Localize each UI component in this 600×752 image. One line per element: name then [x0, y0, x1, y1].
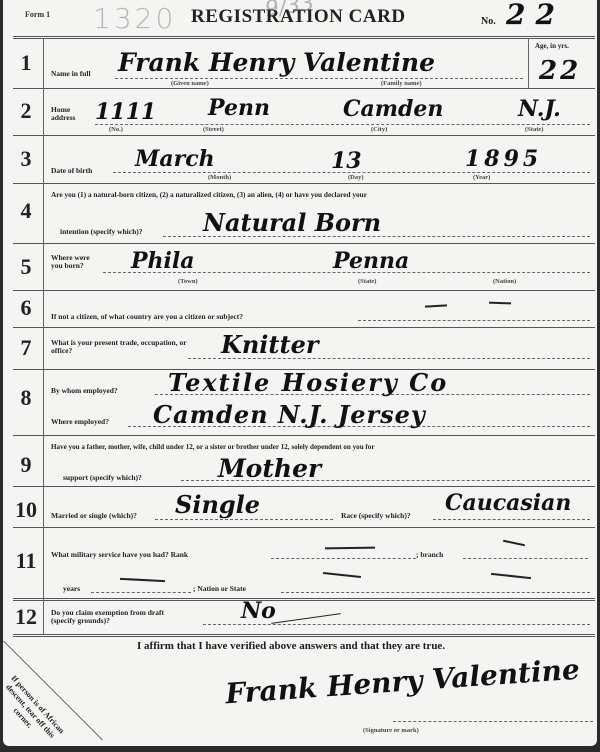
citizenship-question: Are you (1) a natural-born citizen, (2) …	[51, 191, 591, 199]
row-number-6: 6	[11, 295, 41, 321]
military-nation-line	[281, 592, 590, 593]
race-label: Race (specify which)?	[341, 512, 411, 520]
military-branch-label: ; branch	[416, 551, 443, 559]
race-line	[433, 519, 590, 520]
rule-5	[13, 290, 595, 291]
employer-label: By whom employed?	[51, 387, 118, 395]
row-number-1: 1	[11, 50, 41, 76]
marital-status-value: Single	[175, 490, 260, 519]
signature-line	[393, 721, 593, 722]
birthplace-state-value: Penna	[333, 248, 409, 274]
rule-3	[13, 183, 595, 184]
military-years-line	[91, 592, 191, 593]
citizenship-label: intention (specify which)?	[60, 228, 143, 236]
rule-10	[13, 527, 595, 528]
row-number-8: 8	[11, 385, 41, 411]
caption-family-name: (Family name)	[381, 80, 422, 87]
name-line	[115, 78, 523, 79]
military-rank-line	[271, 558, 416, 559]
signature-caption: (Signature or mark)	[363, 727, 419, 734]
birthplace-town-value: Phila	[131, 248, 195, 274]
row-number-11: 11	[11, 548, 41, 574]
rule-12	[13, 634, 595, 637]
marital-status-line	[155, 519, 333, 520]
caption-state: (State)	[358, 278, 376, 285]
foreign-citizenship-dash-1	[425, 304, 447, 307]
caption-year: (Year)	[473, 174, 490, 181]
rule-4	[13, 243, 595, 244]
military-nation-label: ; Nation or State	[193, 585, 246, 593]
military-nation-dash-2	[491, 573, 531, 579]
rule-top	[13, 36, 595, 39]
row-number-9: 9	[11, 452, 41, 478]
caption-nation: (Nation)	[493, 278, 516, 285]
birthplace-label: Where were you born?	[51, 254, 91, 270]
age-value: 22	[539, 56, 581, 86]
rule-2	[13, 135, 595, 136]
caption-no: (No.)	[109, 126, 123, 133]
military-branch-dash	[503, 540, 525, 547]
military-years-dash	[120, 578, 165, 582]
military-years-label: years	[63, 585, 80, 593]
dob-year-value: 1895	[465, 146, 542, 172]
occupation-value: Knitter	[221, 330, 319, 359]
dependents-question: Have you a father, mother, wife, child u…	[51, 443, 591, 451]
rule-8	[13, 435, 595, 436]
tear-off-corner-note: If person is of African descent, tear of…	[3, 668, 71, 746]
address-state-value: N.J.	[518, 96, 561, 122]
military-rank-dash	[325, 547, 375, 550]
address-no-value: 1111	[95, 99, 156, 125]
exemption-stroke	[271, 613, 340, 624]
dob-day-value: 13	[331, 148, 362, 174]
exemption-line	[203, 624, 590, 625]
address-line	[95, 124, 590, 125]
home-address-label: Home address	[51, 106, 91, 122]
employer-value: Textile Hosiery Co	[168, 368, 448, 397]
foreign-citizenship-label: If not a citizen, of what country are yo…	[51, 313, 243, 321]
name-label: Name in full	[51, 70, 91, 78]
form-label: Form 1	[25, 10, 50, 19]
name-value: Frank Henry Valentine	[118, 48, 435, 77]
address-street-value: Penn	[208, 95, 270, 121]
card-number-label: No.	[481, 16, 496, 27]
occupation-label: What is your present trade, occupation, …	[51, 339, 191, 355]
row-number-2: 2	[11, 98, 41, 124]
rule-6	[13, 327, 595, 328]
caption-town: (Town)	[178, 278, 198, 285]
number-column-divider	[43, 38, 44, 634]
dependents-value: Mother	[218, 454, 321, 483]
dependents-label: support (specify which)?	[63, 474, 142, 482]
foreign-citizenship-dash-2	[489, 302, 511, 305]
caption-month: (Month)	[208, 174, 231, 181]
card-number-value: 22	[506, 0, 565, 31]
rule-11	[13, 598, 595, 601]
affirmation-text: I affirm that I have verified above answ…	[137, 640, 445, 652]
dob-month-value: March	[135, 146, 215, 172]
row-number-10: 10	[11, 497, 41, 523]
exemption-value: No	[241, 598, 276, 624]
place-employed-value: Camden N.J. Jersey	[153, 400, 426, 429]
military-nation-dash-1	[323, 572, 361, 578]
caption-state: (State)	[525, 126, 543, 133]
caption-city: (City)	[371, 126, 387, 133]
military-rank-label: What military service have you had? Rank	[51, 551, 188, 559]
registration-card: Form 1 1320 9/33 REGISTRATION CARD No. 2…	[3, 0, 597, 746]
card-title: REGISTRATION CARD	[191, 6, 406, 28]
signature: Frank Henry Valentine	[224, 653, 580, 711]
place-employed-label: Where employed?	[51, 418, 109, 426]
row-number-7: 7	[11, 335, 41, 361]
race-value: Caucasian	[445, 490, 571, 516]
rule-1	[13, 88, 595, 89]
age-column-divider	[528, 38, 529, 88]
row-number-4: 4	[11, 198, 41, 224]
exemption-label: Do you claim exemption from draft (speci…	[51, 609, 171, 625]
rule-9	[13, 486, 595, 487]
row-number-3: 3	[11, 146, 41, 172]
caption-street: (Street)	[203, 126, 224, 133]
caption-day: (Day)	[348, 174, 364, 181]
caption-given-name: (Given name)	[171, 80, 209, 87]
foreign-citizenship-line	[358, 320, 590, 321]
marital-status-label: Married or single (which)?	[51, 512, 137, 520]
row-number-12: 12	[11, 604, 41, 630]
serial-pencil-number: 1320	[93, 2, 176, 35]
date-of-birth-label: Date of birth	[51, 167, 92, 175]
citizenship-value: Natural Born	[203, 208, 381, 237]
address-city-value: Camden	[343, 96, 443, 122]
military-branch-line	[463, 558, 588, 559]
age-label: Age, in yrs.	[535, 42, 569, 50]
row-number-5: 5	[11, 254, 41, 280]
